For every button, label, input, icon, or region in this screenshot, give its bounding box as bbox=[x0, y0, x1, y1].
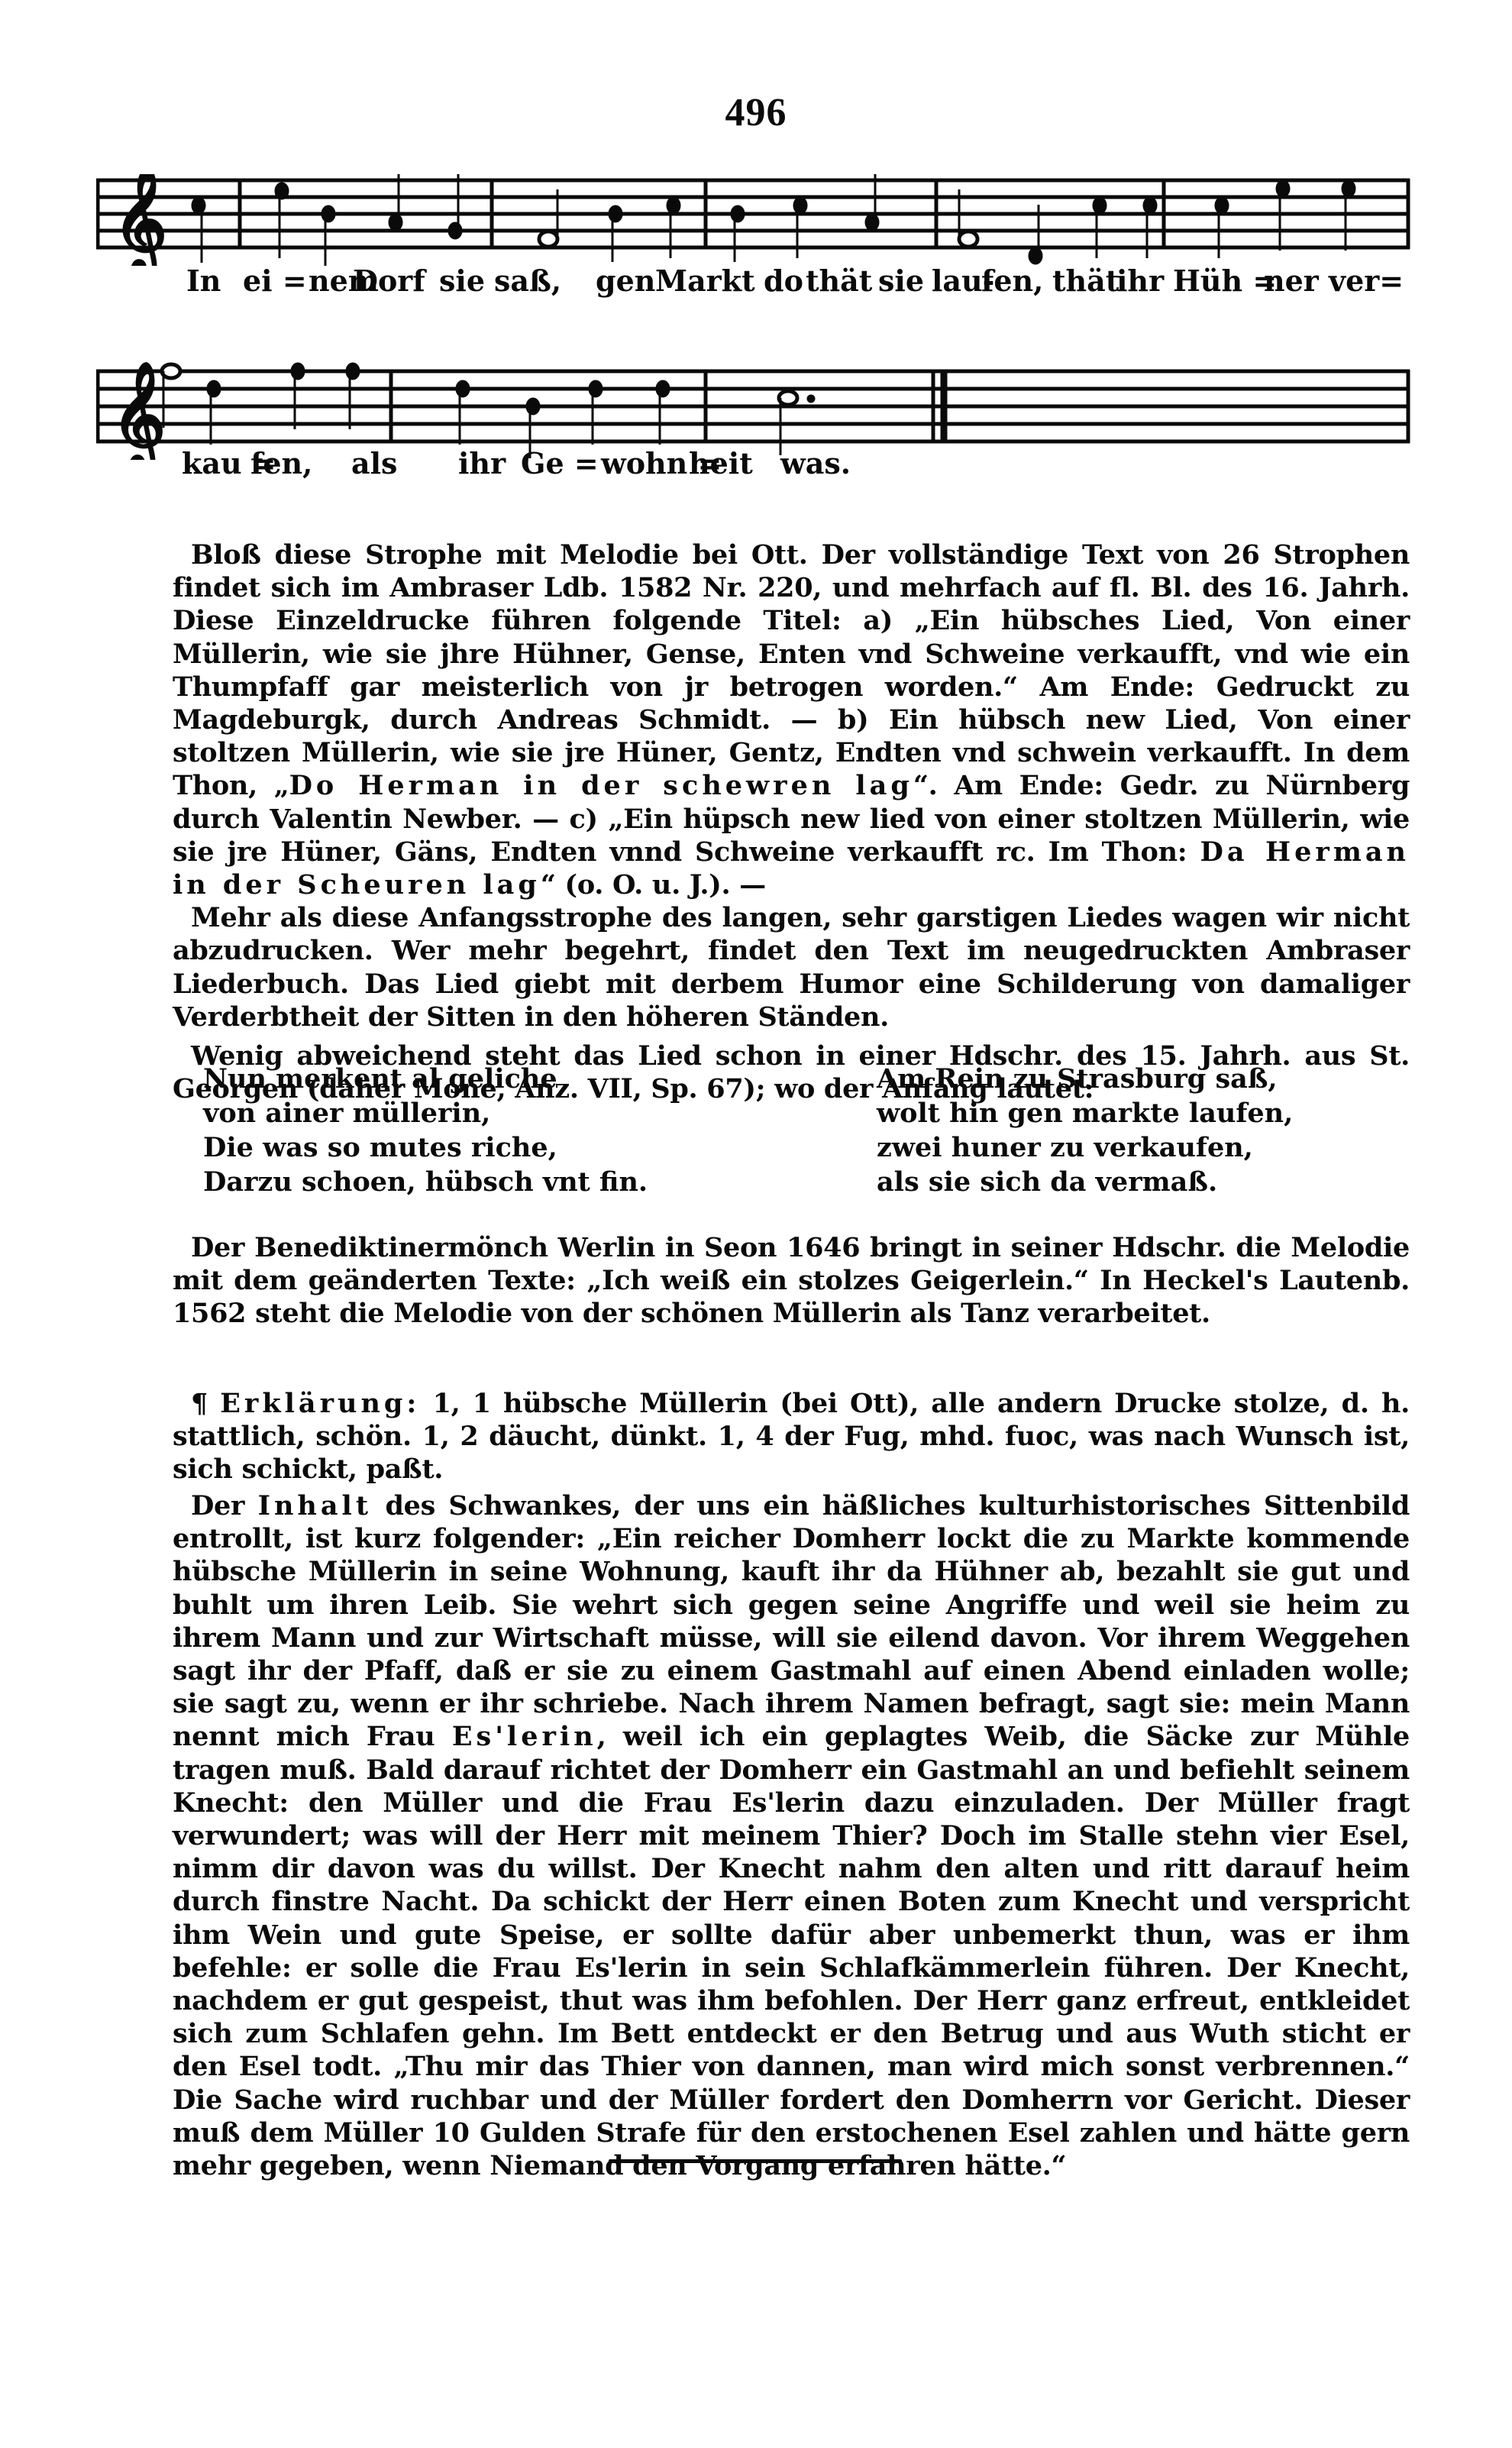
lyric-syllable: ihr bbox=[1116, 264, 1164, 298]
song-title-spaced: Do Herman in der schewren lag bbox=[289, 770, 913, 801]
verse-line: Darzu schoen, hübsch vnt fin. bbox=[203, 1165, 648, 1199]
summary-block: Der Inhalt des Schwankes, der uns ein hä… bbox=[173, 1489, 1410, 2182]
paragraph-text: , weil ich ein geplagtes Weib, die Säcke… bbox=[173, 1721, 1410, 2181]
music-staff-2: 𝄞 bbox=[96, 361, 1421, 460]
lyric-syllable: ver= bbox=[1329, 264, 1404, 298]
verse-line: Die was so mutes riche, bbox=[203, 1130, 648, 1165]
explanation-block: ¶ Erklärung: 1, 1 hübsche Müllerin (bei … bbox=[173, 1387, 1410, 1486]
lyric-syllable: fen, bbox=[250, 446, 312, 480]
music-staff-1: 𝄞 bbox=[96, 174, 1421, 266]
lyrics-line-2: kau = fen, als ihr Ge = wohn = heit was. bbox=[0, 446, 1512, 484]
paragraph-content-note: Mehr als diese Anfangsstrophe des langen… bbox=[173, 901, 1410, 1033]
verse-line: als sie sich da vermaß. bbox=[877, 1165, 1293, 1199]
commentary-block-2: Der Benediktinermönch Werlin in Seon 164… bbox=[173, 1231, 1410, 1331]
svg-text:𝄞: 𝄞 bbox=[113, 174, 167, 266]
paragraph-melody-history: Der Benediktinermönch Werlin in Seon 164… bbox=[173, 1231, 1410, 1331]
explanation-label: Erklärung: bbox=[220, 1388, 420, 1419]
lyric-syllable: gen bbox=[596, 264, 655, 298]
lyric-syllable: In bbox=[186, 264, 221, 298]
inhalt-spaced: Inhalt bbox=[258, 1490, 372, 1522]
staff-notation-1: 𝄞 bbox=[96, 174, 1421, 266]
lyric-syllable: Dorf bbox=[353, 264, 425, 298]
name-spaced: Es'lerin bbox=[452, 1721, 597, 1752]
lyric-syllable: was. bbox=[780, 446, 851, 480]
lyric-syllable: als bbox=[351, 446, 397, 480]
lyric-syllable: thät bbox=[1052, 264, 1119, 298]
end-separator-rule bbox=[609, 2159, 902, 2163]
verse-line: Nun merkent al geliche bbox=[203, 1062, 648, 1096]
lyric-syllable: ei = bbox=[243, 264, 307, 298]
lyric-syllable: do bbox=[764, 264, 803, 298]
lyric-syllable: ihr bbox=[458, 446, 506, 480]
commentary-block-1: Bloß diese Strophe mit Melodie bei Ott. … bbox=[173, 538, 1410, 1105]
staff-notation-2: 𝄞 bbox=[96, 361, 1421, 460]
verse-line: zwei huner zu verkaufen, bbox=[877, 1130, 1293, 1165]
lyric-syllable: Ge = bbox=[521, 446, 599, 480]
lyric-syllable: Hüh = bbox=[1173, 264, 1277, 298]
pilcrow-icon: ¶ bbox=[191, 1388, 208, 1419]
verse-line: von ainer müllerin, bbox=[203, 1096, 648, 1130]
lyric-syllable: thät bbox=[806, 264, 872, 298]
svg-text:𝄞: 𝄞 bbox=[111, 362, 166, 460]
lyric-syllable: ner bbox=[1264, 264, 1319, 298]
page-number: 496 bbox=[0, 90, 1512, 135]
paragraph-text: des Schwankes, der uns ein häßliches kul… bbox=[173, 1490, 1410, 1752]
verse-left-column: Nun merkent al geliche von ainer mülleri… bbox=[203, 1062, 648, 1199]
paragraph-explanation: ¶ Erklärung: 1, 1 hübsche Müllerin (bei … bbox=[173, 1387, 1410, 1486]
verse-right-column: Am Rein zu Strasburg saß, wolt hin gen m… bbox=[877, 1062, 1293, 1199]
lyric-syllable: Markt bbox=[655, 264, 755, 298]
lyrics-line-1: In ei = nem Dorf sie saß, gen Markt do t… bbox=[0, 264, 1512, 302]
lyric-syllable: fen, bbox=[981, 264, 1043, 298]
paragraph-text: “ (o. O. u. J.). — bbox=[541, 869, 766, 901]
paragraph-summary: Der Inhalt des Schwankes, der uns ein hä… bbox=[173, 1489, 1410, 2182]
paragraph-text: Bloß diese Strophe mit Melodie bei Ott. … bbox=[173, 539, 1410, 801]
lyric-syllable: heit bbox=[689, 446, 753, 480]
lyric-syllable: saß, bbox=[494, 264, 561, 298]
lyric-syllable: sie bbox=[878, 264, 924, 298]
verse-line: Am Rein zu Strasburg saß, bbox=[877, 1062, 1293, 1096]
paragraph-sources: Bloß diese Strophe mit Melodie bei Ott. … bbox=[173, 538, 1410, 901]
paragraph-text: Der bbox=[191, 1490, 258, 1522]
lyric-syllable: sie bbox=[439, 264, 485, 298]
verse-line: wolt hin gen markte laufen, bbox=[877, 1096, 1293, 1130]
